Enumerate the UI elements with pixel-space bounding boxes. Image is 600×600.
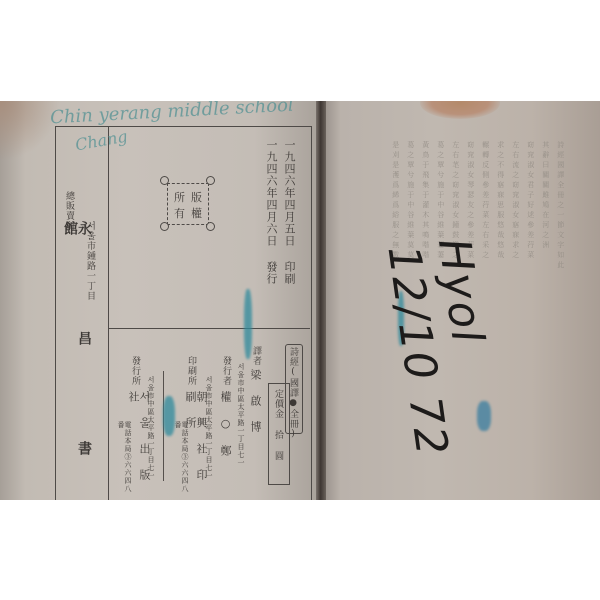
- printer-phone: 電話本局③六六四八番: [174, 421, 188, 500]
- printer-label: 印刷所: [186, 356, 195, 386]
- pubhouse-phone: 電話本局③六六四八番: [117, 421, 131, 500]
- price: 定價金 拾 圓: [273, 389, 282, 461]
- distributor-name: 永 昌 書 館: [63, 221, 91, 500]
- translator-name: 梁 啟 博: [250, 369, 261, 433]
- translator-address: 서울市中區太平路一丁目七一: [237, 363, 244, 467]
- right-page-text: 求之不得寤寐思服悠哉悠哉: [495, 141, 505, 261]
- colophon-divider: [108, 328, 310, 329]
- pubhouse-label: 發行所: [130, 356, 139, 386]
- book-photo: 詩經國譯全冊之一節文字如此 其辭曰關關雎鳩在河之洲 窈窕淑女君子好逑參差荇菜 左…: [0, 101, 600, 500]
- right-page-text: 輾轉反側參差荇菜左右采之: [480, 141, 490, 261]
- right-page-text: 詩經國譯全冊之一節文字如此: [555, 141, 565, 271]
- right-page-text: 其辭曰關關雎鳩在河之洲: [540, 141, 550, 251]
- publish-date: 一九四六年四月六日 發行: [266, 139, 277, 285]
- print-date: 一九四六年四月五日 印刷: [284, 139, 295, 285]
- book-gutter: [316, 101, 326, 500]
- publisher-name: 權 ○ 鄭: [220, 391, 231, 457]
- right-page-text: 左右流之窈窕淑女寤寐求之: [510, 141, 520, 261]
- right-page-text: 葛之覃兮施于中谷維葉莫莫: [405, 141, 415, 261]
- right-page-text: 是刈是濩爲絺爲綌服之無斁: [390, 141, 400, 261]
- blue-ink-mark: [244, 289, 252, 359]
- blue-ink-mark: [163, 396, 175, 436]
- colophon-divider: [108, 126, 109, 500]
- translator-label: 譯者: [251, 346, 260, 366]
- copyright-seal: 版 權 所 有: [160, 176, 215, 231]
- publisher-label: 發行者: [221, 356, 230, 386]
- right-page-text: 窈窕淑女君子好逑參差荇菜: [525, 141, 535, 261]
